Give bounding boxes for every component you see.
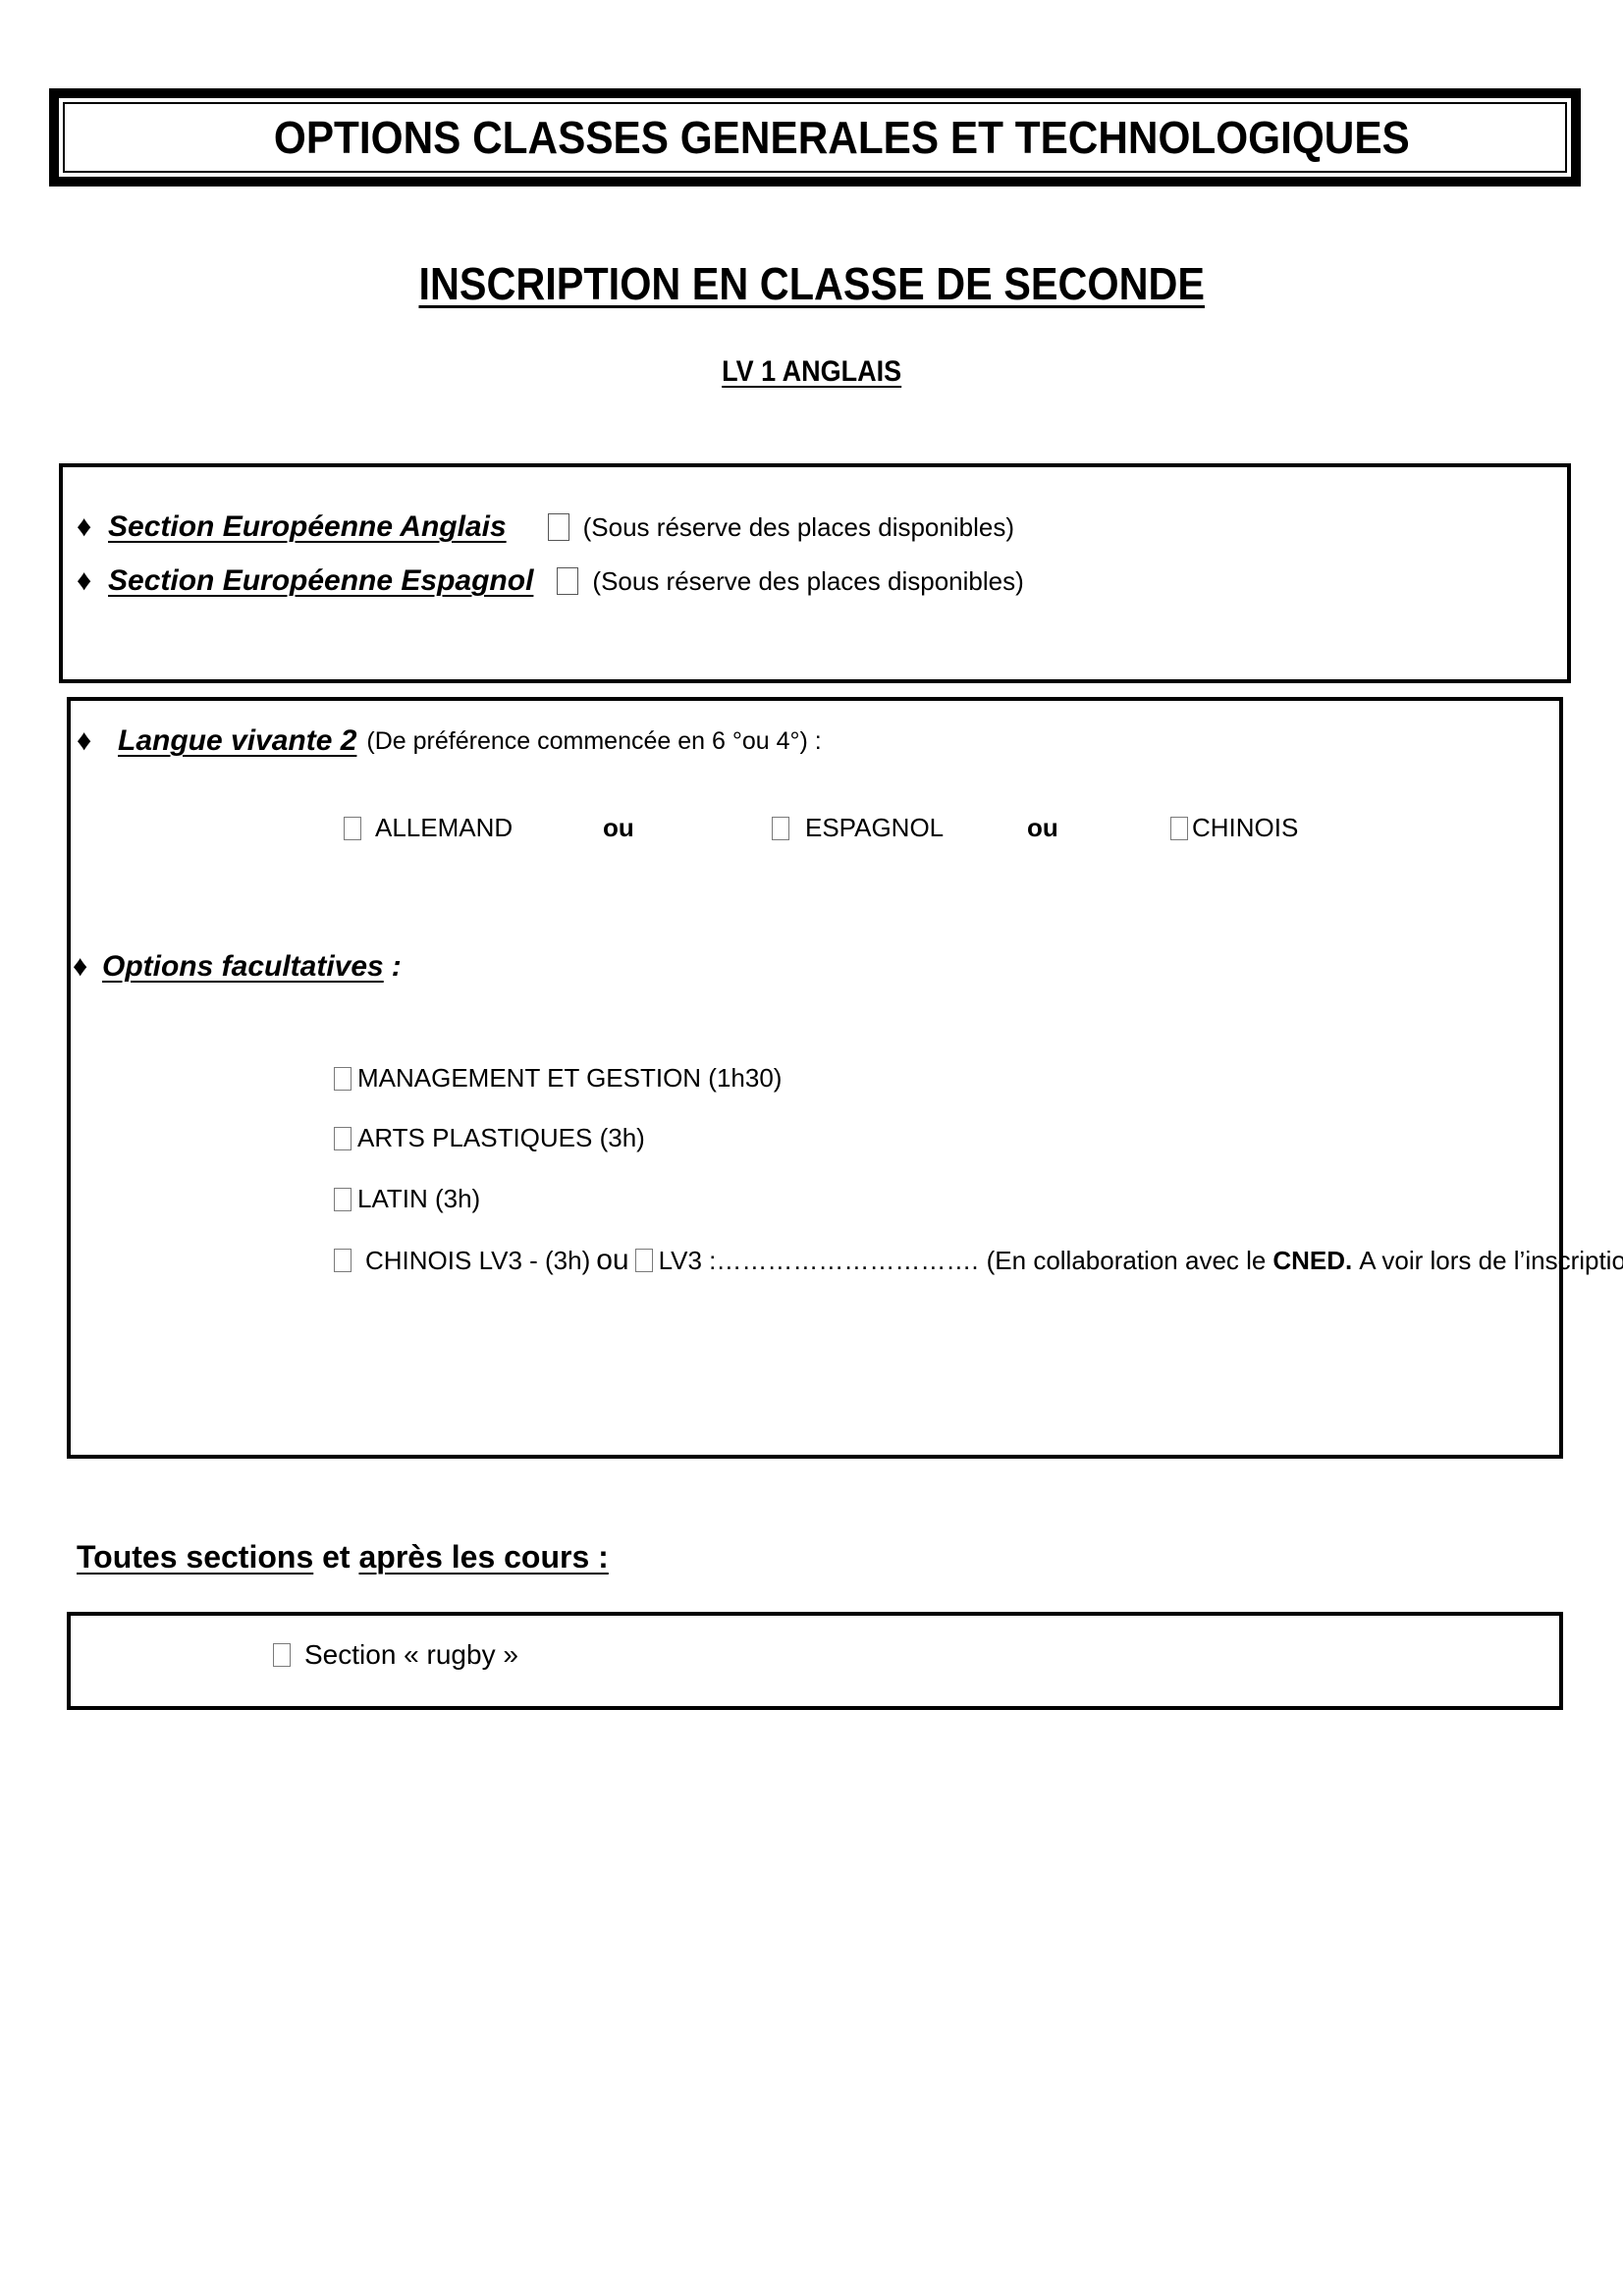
title-frame-inner: OPTIONS CLASSES GENERALES ET TECHNOLOGIQ… xyxy=(58,97,1572,178)
options-facultatives-heading-row: ♦ Options facultatives : xyxy=(73,950,402,984)
document-title: OPTIONS CLASSES GENERALES ET TECHNOLOGIQ… xyxy=(220,111,1410,164)
lv2-option-espagnol: ESPAGNOL xyxy=(772,813,944,843)
lv2-label: Langue vivante 2 xyxy=(118,724,356,758)
rugby-checkbox[interactable] xyxy=(273,1643,291,1667)
diamond-bullet-icon: ♦ xyxy=(77,512,106,542)
lv2-option-allemand: ALLEMAND xyxy=(344,813,513,843)
rugby-box: Section « rugby » xyxy=(67,1612,1563,1710)
section-espagnol-row: ♦ Section Européenne Espagnol (Sous rése… xyxy=(77,564,1024,598)
section-espagnol-note: (Sous réserve des places disponibles) xyxy=(592,566,1023,597)
title-frame-inner-double: OPTIONS CLASSES GENERALES ET TECHNOLOGIQ… xyxy=(63,102,1567,173)
lv2-separator-2: ou xyxy=(1027,813,1058,843)
section-anglais-row: ♦ Section Européenne Anglais (Sous réser… xyxy=(77,510,1014,544)
section-anglais-checkbox[interactable] xyxy=(548,513,569,541)
lv2-heading-row: ♦ Langue vivante 2 (De préférence commen… xyxy=(77,724,822,758)
section-espagnol-label: Section Européenne Espagnol xyxy=(108,564,533,598)
option-lv3-checkbox[interactable] xyxy=(635,1249,653,1272)
option-chinois-lv3-label: CHINOIS LV3 - (3h) xyxy=(365,1246,590,1276)
option-management: MANAGEMENT ET GESTION (1h30) xyxy=(334,1063,782,1094)
diamond-bullet-icon: ♦ xyxy=(73,952,102,982)
title-frame: OPTIONS CLASSES GENERALES ET TECHNOLOGIQ… xyxy=(49,88,1581,187)
option-lv3-note-prefix: (En collaboration avec le xyxy=(987,1246,1267,1276)
after-school-heading-mid: et xyxy=(313,1539,358,1575)
section-anglais-label: Section Européenne Anglais xyxy=(108,510,507,544)
after-school-heading: Toutes sections et après les cours : xyxy=(77,1539,609,1575)
lv2-option-chinois: CHINOIS xyxy=(1170,813,1298,843)
options-facultatives-colon: : xyxy=(392,950,402,984)
lv2-chinois-label: CHINOIS xyxy=(1192,813,1298,843)
main-title-text: INSCRIPTION EN CLASSE DE SECONDE xyxy=(418,257,1205,310)
ou-separator: ou xyxy=(603,813,634,843)
option-latin-label: LATIN (3h) xyxy=(357,1184,480,1214)
diamond-bullet-icon: ♦ xyxy=(77,566,106,596)
ou-separator: ou xyxy=(596,1244,628,1277)
option-arts-plastiques-label: ARTS PLASTIQUES (3h) xyxy=(357,1123,645,1153)
lv1-heading: LV 1 ANGLAIS xyxy=(0,355,1623,389)
rugby-option: Section « rugby » xyxy=(273,1639,518,1671)
lv2-separator: ou xyxy=(603,813,634,843)
sections-europeennes-box: ♦ Section Européenne Anglais (Sous réser… xyxy=(59,463,1571,683)
option-lv3-note-suffix: A voir lors de l’inscription) xyxy=(1359,1246,1623,1276)
after-school-heading-part1: Toutes sections xyxy=(77,1539,313,1575)
option-lv3-note-cned: CNED. xyxy=(1272,1246,1352,1276)
lv2-allemand-checkbox[interactable] xyxy=(344,817,361,840)
option-latin: LATIN (3h) xyxy=(334,1184,480,1214)
option-lv3-row: CHINOIS LV3 - (3h) ou LV3 :…………………………. (… xyxy=(334,1244,1623,1277)
option-latin-checkbox[interactable] xyxy=(334,1188,352,1211)
rugby-label: Section « rugby » xyxy=(304,1639,518,1671)
option-chinois-lv3-checkbox[interactable] xyxy=(334,1249,352,1272)
diamond-bullet-icon: ♦ xyxy=(77,726,106,756)
option-management-label: MANAGEMENT ET GESTION (1h30) xyxy=(357,1063,782,1094)
section-espagnol-checkbox[interactable] xyxy=(557,567,578,595)
section-anglais-note: (Sous réserve des places disponibles) xyxy=(583,512,1014,543)
option-arts-plastiques: ARTS PLASTIQUES (3h) xyxy=(334,1123,645,1153)
option-management-checkbox[interactable] xyxy=(334,1067,352,1091)
lv2-espagnol-label: ESPAGNOL xyxy=(805,813,944,843)
option-lv3-field[interactable]: LV3 :…………………………. xyxy=(659,1246,979,1276)
option-arts-plastiques-checkbox[interactable] xyxy=(334,1127,352,1150)
after-school-heading-part2: après les cours : xyxy=(358,1539,608,1575)
options-facultatives-label: Options facultatives xyxy=(102,950,384,984)
lv2-note: (De préférence commencée en 6 °ou 4°) : xyxy=(366,727,821,756)
main-title: INSCRIPTION EN CLASSE DE SECONDE xyxy=(0,257,1623,310)
lv2-chinois-checkbox[interactable] xyxy=(1170,817,1188,840)
options-box: ♦ Langue vivante 2 (De préférence commen… xyxy=(67,697,1563,1459)
ou-separator: ou xyxy=(1027,813,1058,843)
lv1-heading-text: LV 1 ANGLAIS xyxy=(722,355,901,389)
lv2-allemand-label: ALLEMAND xyxy=(375,813,513,843)
lv2-espagnol-checkbox[interactable] xyxy=(772,817,789,840)
